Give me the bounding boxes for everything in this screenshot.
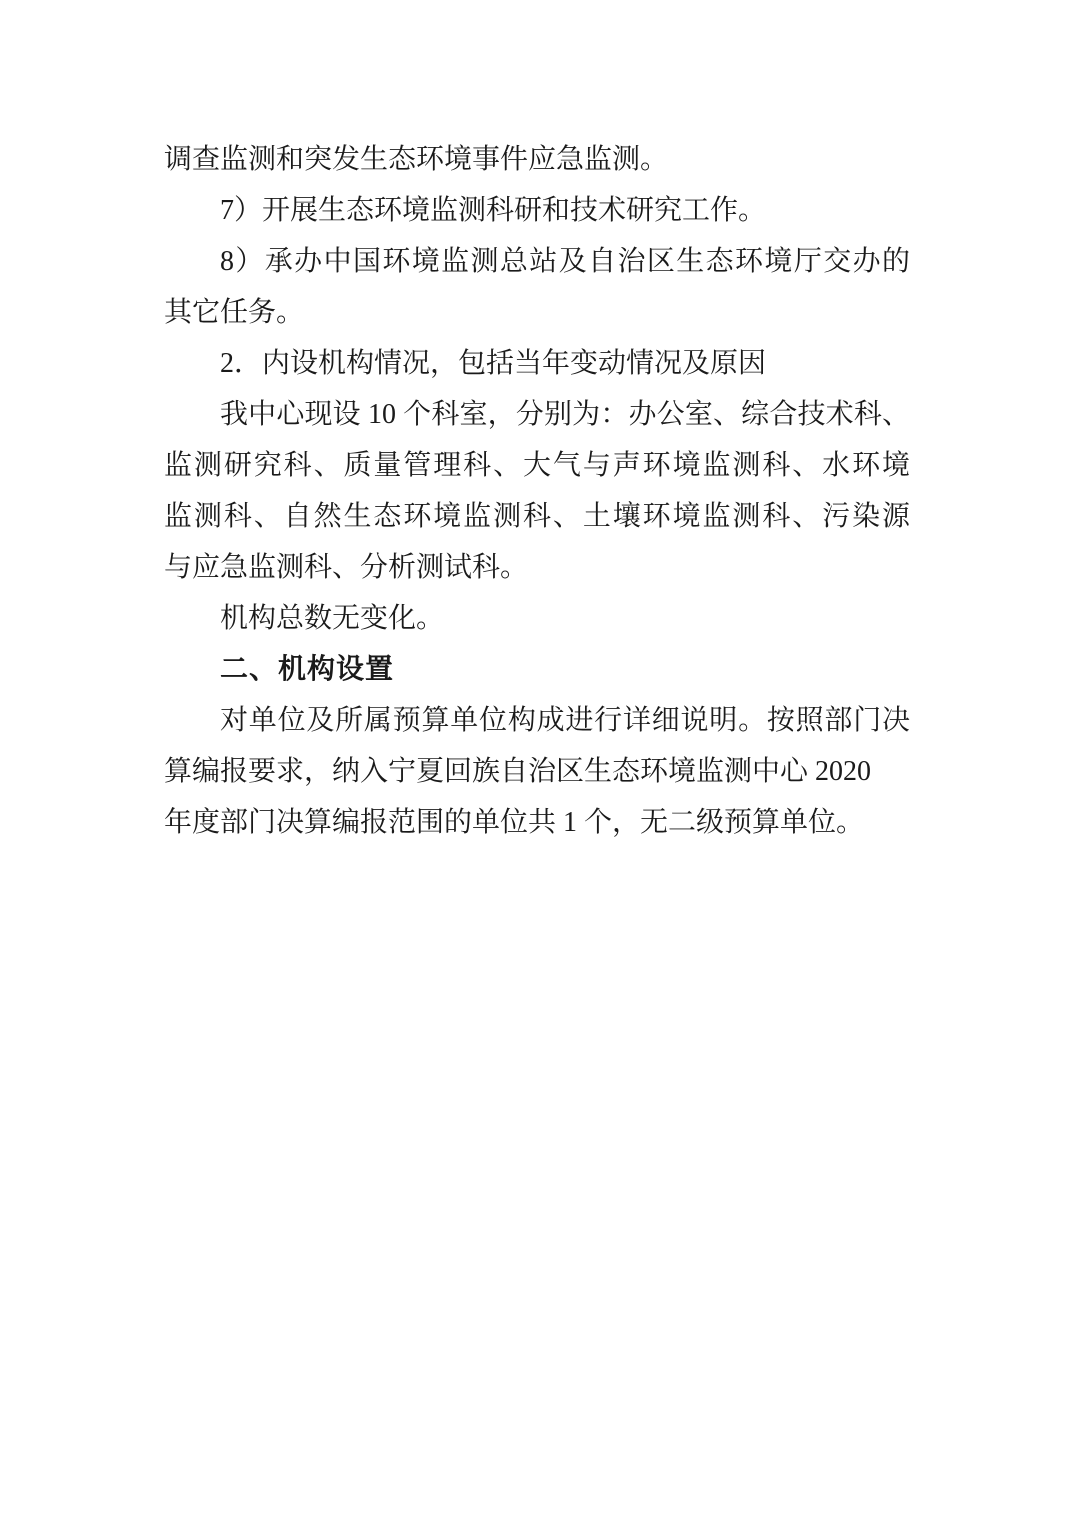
section-heading: 二、机构设置 — [164, 644, 910, 695]
text-line: 机构总数无变化。 — [164, 593, 910, 644]
text-line: 2．内设机构情况，包括当年变动情况及原因 — [164, 338, 910, 389]
text-line: 调查监测和突发生态环境事件应急监测。 — [164, 134, 910, 185]
document-text-block: 调查监测和突发生态环境事件应急监测。 7）开展生态环境监测科研和技术研究工作。 … — [164, 134, 910, 848]
text-line: 监测科、自然生态环境监测科、土壤环境监测科、污染源 — [164, 491, 910, 542]
text-line: 与应急监测科、分析测试科。 — [164, 542, 910, 593]
text-line: 算编报要求，纳入宁夏回族自治区生态环境监测中心 2020 — [164, 746, 910, 797]
text-line: 7）开展生态环境监测科研和技术研究工作。 — [164, 185, 910, 236]
text-line: 年度部门决算编报范围的单位共 1 个，无二级预算单位。 — [164, 797, 910, 848]
text-line: 对单位及所属预算单位构成进行详细说明。按照部门决 — [164, 695, 910, 746]
document-page: 调查监测和突发生态环境事件应急监测。 7）开展生态环境监测科研和技术研究工作。 … — [0, 0, 1074, 1520]
text-line: 其它任务。 — [164, 287, 910, 338]
text-line: 我中心现设 10 个科室，分别为：办公室、综合技术科、 — [164, 389, 910, 440]
text-line: 8）承办中国环境监测总站及自治区生态环境厅交办的 — [164, 236, 910, 287]
text-line: 监测研究科、质量管理科、大气与声环境监测科、水环境 — [164, 440, 910, 491]
